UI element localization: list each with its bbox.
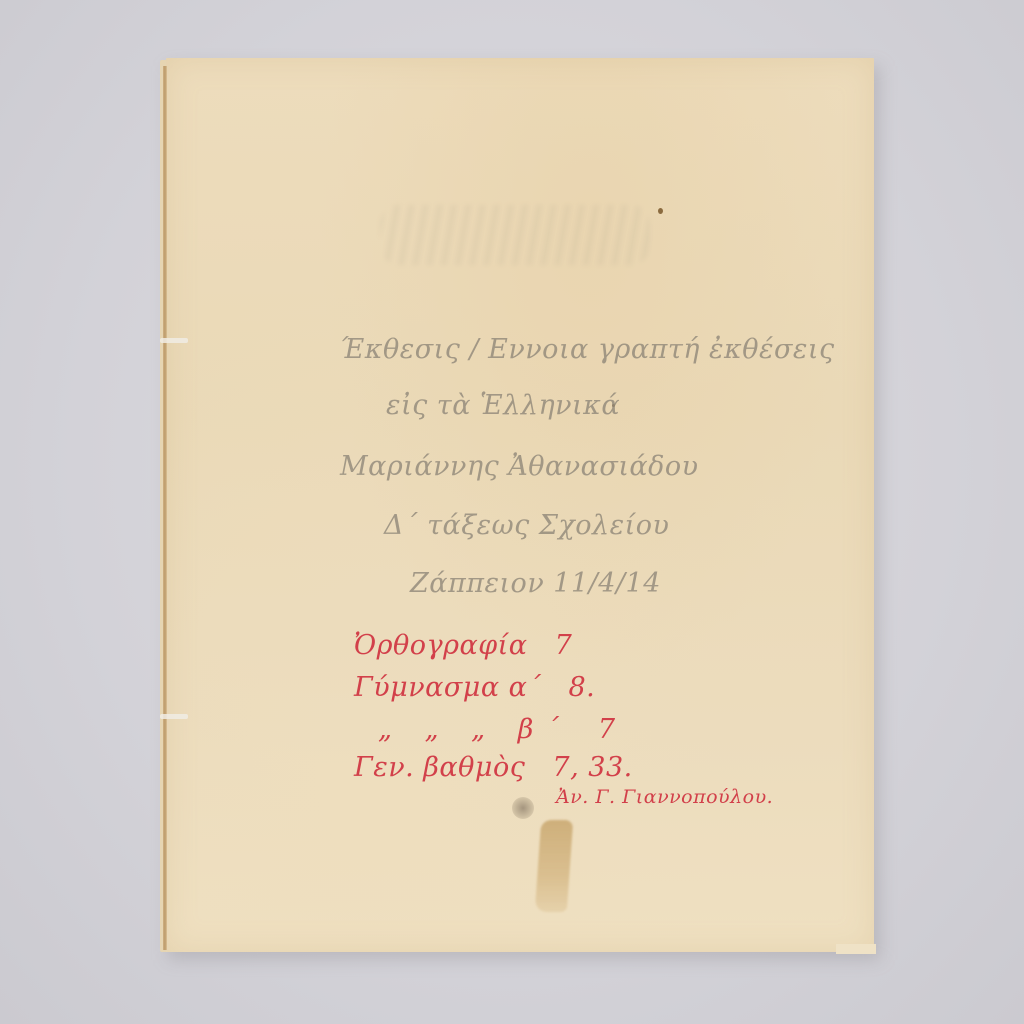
grade-label: Γεν. βαθμὸς [354, 752, 525, 783]
foxing-spot [658, 208, 663, 214]
grade-label: „ „ „ β΄ [354, 714, 571, 745]
title-line-1: Έκθεσις / Εννοια γραπτή ἐκθέσεις [340, 334, 835, 365]
title-line-2: εἰς τὰ Ἑλληνικά [386, 390, 620, 421]
booklet-spine [163, 66, 167, 950]
protruding-sheet-edge [836, 944, 876, 954]
gray-stain [512, 797, 534, 819]
water-stain [535, 820, 573, 912]
grade-score: 7 [598, 714, 616, 745]
grade-row-exercise-b: „ „ „ β΄ 7 [354, 714, 616, 745]
binding-stitch-bottom [160, 714, 188, 719]
grade-label: Γύμνασμα α΄ [354, 672, 541, 703]
grade-score: 7, 33. [552, 752, 632, 783]
student-name: Μαριάννης Ἀθανασιάδου [340, 451, 699, 482]
grade-row-overall: Γεν. βαθμὸς 7, 33. [354, 752, 633, 783]
grade-score: 8. [568, 672, 595, 703]
bleed-through-text [380, 205, 650, 265]
school-date-line: Ζάππειον 11/4/14 [410, 568, 661, 599]
binding-stitch-top [160, 338, 188, 343]
teacher-signature: Ἀν. Γ. Γιαννοπούλου. [556, 786, 773, 808]
grade-score: 7 [555, 630, 573, 661]
grade-row-spelling: Ὀρθογραφία 7 [354, 630, 572, 661]
grade-row-exercise-a: Γύμνασμα α΄ 8. [354, 672, 595, 703]
class-line: Δ΄ τάξεως Σχολείου [384, 510, 669, 541]
grade-label: Ὀρθογραφία [354, 630, 528, 661]
